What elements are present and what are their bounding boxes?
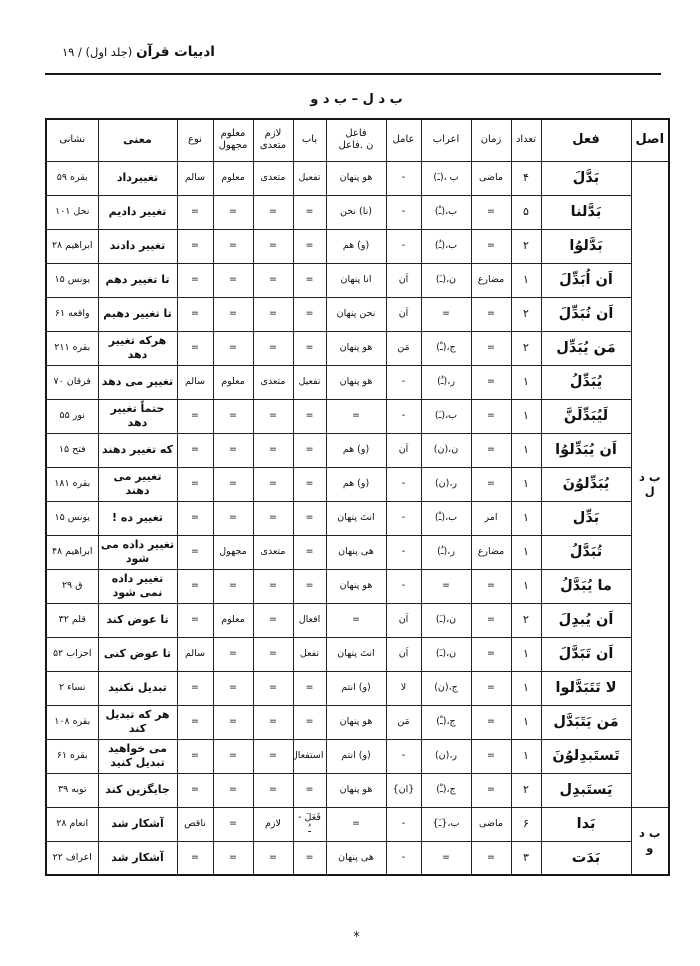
header-meaning: معنی <box>98 119 177 161</box>
meaning-cell: که تغییر دهند <box>98 433 177 467</box>
agent-cell: مَن <box>386 705 421 739</box>
voice-cell: = <box>213 297 253 331</box>
table-row: يَستَبدِل۲=ج،(ـْ){ان}هو پنهان====جایگزین… <box>46 773 669 807</box>
voice-cell: = <box>213 229 253 263</box>
voice-cell: = <box>213 195 253 229</box>
transitivity-cell: متعدی <box>253 365 293 399</box>
header-type: نوع <box>177 119 213 161</box>
table-row: لَيُبَدِّلَنَّ۱=ب،(ـَ)-=====حتماً تغییر … <box>46 399 669 433</box>
irab-cell: = <box>421 569 471 603</box>
reference-cell: ق ۲۹ <box>46 569 98 603</box>
meaning-cell: تغییر دادیم <box>98 195 177 229</box>
tense-cell: = <box>471 773 511 807</box>
verb-cell: اَن اُبَدِّلَ <box>541 263 631 297</box>
verb-cell: بَدَت <box>541 841 631 875</box>
subject-cell: = <box>326 807 386 841</box>
tense-cell: = <box>471 671 511 705</box>
bab-cell: = <box>293 501 326 535</box>
header-bab: باب <box>293 119 326 161</box>
tense-cell: = <box>471 739 511 773</box>
agent-cell: - <box>386 161 421 195</box>
irab-cell: ج،(ن) <box>421 671 471 705</box>
count-cell: ۲ <box>511 229 541 263</box>
subject-cell: هی پنهان <box>326 535 386 569</box>
type-cell: = <box>177 773 213 807</box>
bab-cell: = <box>293 671 326 705</box>
voice-cell: = <box>213 569 253 603</box>
bab-cell: تفعیل <box>293 365 326 399</box>
voice-cell: = <box>213 263 253 297</box>
tense-cell: = <box>471 841 511 875</box>
verb-cell: بَدَّلوُا <box>541 229 631 263</box>
verb-cell: اَن يُبَدِّلوُا <box>541 433 631 467</box>
reference-cell: فتح ۱۵ <box>46 433 98 467</box>
transitivity-cell: متعدی <box>253 535 293 569</box>
count-cell: ۲ <box>511 603 541 637</box>
bab-cell: = <box>293 841 326 875</box>
count-cell: ۱ <box>511 399 541 433</box>
table-row: اَن تَبَدَّلَ۱=ن،(ـَ)اَنانتَ پنهانتفعل==… <box>46 637 669 671</box>
voice-cell: مجهول <box>213 535 253 569</box>
meaning-cell: جایگزین کند <box>98 773 177 807</box>
tense-cell: = <box>471 569 511 603</box>
bab-cell: = <box>293 229 326 263</box>
count-cell: ۱ <box>511 671 541 705</box>
meaning-cell: می خواهید تبدیل کنید <box>98 739 177 773</box>
subject-cell: نحن پنهان <box>326 297 386 331</box>
type-cell: = <box>177 433 213 467</box>
tense-cell: ماضی <box>471 807 511 841</box>
voice-cell: = <box>213 671 253 705</box>
reference-cell: بقره ۶۱ <box>46 739 98 773</box>
voice-cell: معلوم <box>213 161 253 195</box>
meaning-cell: هرکه تغییر دهد <box>98 331 177 365</box>
tense-cell: = <box>471 637 511 671</box>
meaning-cell: تغییر می دهد <box>98 365 177 399</box>
table-row: تَستَبدِلوُنَ۱=ر،(ن)-(و) انتماستفعال===م… <box>46 739 669 773</box>
voice-cell: = <box>213 841 253 875</box>
table-row: لا تَتَبَدَّلوا۱=ج،(ن)لا(و) انتم====تبدی… <box>46 671 669 705</box>
volume-and-page-number: (جلد اول) / ۱۹ <box>62 45 132 59</box>
header-divider-rule <box>45 73 661 75</box>
table-row: اَن اُبَدِّلَ۱مضارعن،(ـَ)اَنانا پنهان===… <box>46 263 669 297</box>
count-cell: ۲ <box>511 773 541 807</box>
count-cell: ۶ <box>511 807 541 841</box>
header-subject: فاعل ن .فاعل <box>326 119 386 161</box>
count-cell: ۱ <box>511 365 541 399</box>
agent-cell: {ان} <box>386 773 421 807</box>
agent-cell: - <box>386 467 421 501</box>
tense-cell: = <box>471 365 511 399</box>
reference-cell: یونس ۱۵ <box>46 501 98 535</box>
type-cell: = <box>177 399 213 433</box>
transitivity-cell: متعدی <box>253 161 293 195</box>
table-row: بَدَت۳==-هی پنهان====آشکار شداعراف ۲۲ <box>46 841 669 875</box>
bab-cell: = <box>293 263 326 297</box>
transitivity-cell: = <box>253 705 293 739</box>
verb-cell: مَن يُبَدِّل <box>541 331 631 365</box>
table-row: بَدِّل۱امرب،(ـْ)-انتَ پنهان====تغییر ده … <box>46 501 669 535</box>
reference-cell: ابراهیم ۲۸ <box>46 229 98 263</box>
verb-cell: اَن يُبدِلَ <box>541 603 631 637</box>
subject-cell: (و) هم <box>326 229 386 263</box>
subject-cell: = <box>326 399 386 433</box>
irab-cell: ب،(ـْ) <box>421 501 471 535</box>
reference-cell: انعام ۲۸ <box>46 807 98 841</box>
bab-cell: = <box>293 535 326 569</box>
table-header-row: اصل فعل تعداد زمان اعراب عامل فاعل ن .فا… <box>46 119 669 161</box>
table-row: مَن يُبَدِّل۲=ج،(ـْ)مَنهو پنهان====هرکه … <box>46 331 669 365</box>
type-cell: = <box>177 467 213 501</box>
verb-cell: يُبَدِّلوُنَ <box>541 467 631 501</box>
reference-cell: توبه ۳۹ <box>46 773 98 807</box>
type-cell: سالم <box>177 365 213 399</box>
type-cell: ناقص <box>177 807 213 841</box>
agent-cell: - <box>386 195 421 229</box>
agent-cell: - <box>386 807 421 841</box>
meaning-cell: آشکار شد <box>98 841 177 875</box>
footer-asterisk: * <box>45 930 668 945</box>
agent-cell: - <box>386 399 421 433</box>
table-row: يُبَدِّلُ۱=ر،(ـُ)-هو پنهانتفعیلمتعدیمعلو… <box>46 365 669 399</box>
type-cell: = <box>177 331 213 365</box>
type-cell: = <box>177 671 213 705</box>
count-cell: ۱ <box>511 433 541 467</box>
subject-cell: (و) هم <box>326 433 386 467</box>
header-root: اصل <box>631 119 669 161</box>
count-cell: ۴ <box>511 161 541 195</box>
type-cell: = <box>177 739 213 773</box>
meaning-cell: تا تغییر دهیم <box>98 297 177 331</box>
subject-cell: انتَ پنهان <box>326 637 386 671</box>
verb-cell: ما يُبَدَّلُ <box>541 569 631 603</box>
root-cell: ب د و <box>631 807 669 875</box>
verb-cell: مَن يَتَبَدَّل <box>541 705 631 739</box>
table-row: اَن يُبَدِّلوُا۱=ن،(ن)اَن(و) هم====که تغ… <box>46 433 669 467</box>
subject-cell: هو پنهان <box>326 705 386 739</box>
verb-cell: بَدِّل <box>541 501 631 535</box>
subject-cell: انتَ پنهان <box>326 501 386 535</box>
count-cell: ۱ <box>511 263 541 297</box>
reference-cell: نحل ۱۰۱ <box>46 195 98 229</box>
type-cell: = <box>177 603 213 637</box>
header-voice: معلوم مجهول <box>213 119 253 161</box>
subject-cell: هو پنهان <box>326 773 386 807</box>
subject-cell: (و) انتم <box>326 671 386 705</box>
bab-cell: تفعیل <box>293 161 326 195</box>
type-cell: سالم <box>177 637 213 671</box>
subject-cell: هو پنهان <box>326 365 386 399</box>
voice-cell: = <box>213 637 253 671</box>
meaning-cell: تا عوض کند <box>98 603 177 637</box>
bab-cell: = <box>293 705 326 739</box>
voice-cell: = <box>213 433 253 467</box>
meaning-cell: تغییر دادند <box>98 229 177 263</box>
scanned-book-page: { "page": { "header": { "book_title": "ا… <box>0 0 700 966</box>
agent-cell: اَن <box>386 297 421 331</box>
type-cell: سالم <box>177 161 213 195</box>
header-reference: نشانی <box>46 119 98 161</box>
table-row: ب د لبَدَّلَ۴ماضیب ،(ـَ)-هو پنهانتفعیلمت… <box>46 161 669 195</box>
reference-cell: یونس ۱۵ <box>46 263 98 297</box>
subject-cell: هو پنهان <box>326 161 386 195</box>
transitivity-cell: = <box>253 331 293 365</box>
tense-cell: = <box>471 433 511 467</box>
table-row: بَدَّلوُا۲=ب،(ـُ)-(و) هم====تغییر دادندا… <box>46 229 669 263</box>
verb-cell: اَن تَبَدَّلَ <box>541 637 631 671</box>
reference-cell: واقعه ۶۱ <box>46 297 98 331</box>
reference-cell: احزاب ۵۲ <box>46 637 98 671</box>
meaning-cell: تا تغییر دهم <box>98 263 177 297</box>
agent-cell: مَن <box>386 331 421 365</box>
tense-cell: = <box>471 705 511 739</box>
type-cell: = <box>177 263 213 297</box>
transitivity-cell: = <box>253 773 293 807</box>
irab-cell: ج،(ـْ) <box>421 331 471 365</box>
subject-cell: هو پنهان <box>326 331 386 365</box>
count-cell: ۲ <box>511 297 541 331</box>
tense-cell: = <box>471 229 511 263</box>
bab-cell: = <box>293 467 326 501</box>
irab-cell: ب،(ـَ) <box>421 399 471 433</box>
count-cell: ۳ <box>511 841 541 875</box>
type-cell: = <box>177 535 213 569</box>
verb-cell: لا تَتَبَدَّلوا <box>541 671 631 705</box>
bab-cell: فَعَلَ - ـُ <box>293 807 326 841</box>
count-cell: ۱ <box>511 569 541 603</box>
bab-cell: = <box>293 773 326 807</box>
tense-cell: مضارع <box>471 535 511 569</box>
transitivity-cell: = <box>253 501 293 535</box>
agent-cell: - <box>386 569 421 603</box>
irab-cell: ب،{ـَ} <box>421 807 471 841</box>
transitivity-cell: = <box>253 569 293 603</box>
transitivity-cell: = <box>253 841 293 875</box>
type-cell: = <box>177 297 213 331</box>
reference-cell: بقره ۱۸۱ <box>46 467 98 501</box>
irab-cell: ج،(ـْ) <box>421 705 471 739</box>
subject-cell: = <box>326 603 386 637</box>
reference-cell: قلم ۳۲ <box>46 603 98 637</box>
irab-cell: ب،(ـْ) <box>421 195 471 229</box>
voice-cell: = <box>213 399 253 433</box>
header-count: تعداد <box>511 119 541 161</box>
irab-cell: ب ،(ـَ) <box>421 161 471 195</box>
transitivity-cell: = <box>253 671 293 705</box>
subject-cell: هو پنهان <box>326 569 386 603</box>
verb-cell: يَستَبدِل <box>541 773 631 807</box>
bab-cell: = <box>293 195 326 229</box>
bab-cell: = <box>293 297 326 331</box>
section-title-roots: ب د ل – ب د و <box>45 92 668 107</box>
count-cell: ۱ <box>511 535 541 569</box>
tense-cell: مضارع <box>471 263 511 297</box>
reference-cell: نساء ۲ <box>46 671 98 705</box>
count-cell: ۲ <box>511 331 541 365</box>
meaning-cell: آشکار شد <box>98 807 177 841</box>
irab-cell: ر،(ـُ) <box>421 365 471 399</box>
irab-cell: ر،(ـُ) <box>421 535 471 569</box>
reference-cell: بقره ۱۰۸ <box>46 705 98 739</box>
transitivity-cell: = <box>253 433 293 467</box>
header-agent: عامل <box>386 119 421 161</box>
meaning-cell: تا عوض کنی <box>98 637 177 671</box>
verb-cell: تُبَدَّلُ <box>541 535 631 569</box>
bab-cell: = <box>293 433 326 467</box>
agent-cell: اَن <box>386 637 421 671</box>
voice-cell: = <box>213 807 253 841</box>
transitivity-cell: = <box>253 637 293 671</box>
transitivity-cell: = <box>253 263 293 297</box>
transitivity-cell: = <box>253 399 293 433</box>
transitivity-cell: = <box>253 195 293 229</box>
irab-cell: ر،(ن) <box>421 467 471 501</box>
irab-cell: = <box>421 841 471 875</box>
tense-cell: = <box>471 297 511 331</box>
agent-cell: اَن <box>386 603 421 637</box>
header-verb: فعل <box>541 119 631 161</box>
verb-cell: لَيُبَدِّلَنَّ <box>541 399 631 433</box>
bab-cell: افعال <box>293 603 326 637</box>
count-cell: ۱ <box>511 637 541 671</box>
agent-cell: - <box>386 841 421 875</box>
agent-cell: - <box>386 365 421 399</box>
type-cell: = <box>177 705 213 739</box>
irab-cell: ن،(ـَ) <box>421 263 471 297</box>
table-row: بَدَّلنا۵=ب،(ـْ)-(نا) نحن====تغییر دادیم… <box>46 195 669 229</box>
verb-cell: اَن نُبَدِّلَ <box>541 297 631 331</box>
tense-cell: = <box>471 603 511 637</box>
transitivity-cell: لازم <box>253 807 293 841</box>
subject-cell: (نا) نحن <box>326 195 386 229</box>
irab-cell: ر،(ن) <box>421 739 471 773</box>
meaning-cell: تغییرداد <box>98 161 177 195</box>
type-cell: = <box>177 841 213 875</box>
bab-cell: = <box>293 331 326 365</box>
table-row: تُبَدَّلُ۱مضارعر،(ـُ)-هی پنهان=متعدیمجهو… <box>46 535 669 569</box>
reference-cell: بقره ۵۹ <box>46 161 98 195</box>
bab-cell: = <box>293 399 326 433</box>
verb-cell: تَستَبدِلوُنَ <box>541 739 631 773</box>
voice-cell: = <box>213 705 253 739</box>
count-cell: ۱ <box>511 467 541 501</box>
subject-cell: (و) انتم <box>326 739 386 773</box>
tense-cell: = <box>471 467 511 501</box>
agent-cell: اَن <box>386 433 421 467</box>
agent-cell: - <box>386 229 421 263</box>
voice-cell: = <box>213 501 253 535</box>
agent-cell: لا <box>386 671 421 705</box>
tense-cell: امر <box>471 501 511 535</box>
verb-cell: يُبَدِّلُ <box>541 365 631 399</box>
meaning-cell: تبدیل نکنید <box>98 671 177 705</box>
verb-cell: بَدا <box>541 807 631 841</box>
table-row: ب د وبَدا۶ماضیب،{ـَ}-=فَعَلَ - ـُلازم=نا… <box>46 807 669 841</box>
book-title: ادبیات قرآن <box>136 44 215 60</box>
table-row: مَن يَتَبَدَّل۱=ج،(ـْ)مَنهو پنهان====هر … <box>46 705 669 739</box>
voice-cell: = <box>213 467 253 501</box>
agent-cell: - <box>386 535 421 569</box>
meaning-cell: تغییر داده نمی شود <box>98 569 177 603</box>
subject-cell: (و) هم <box>326 467 386 501</box>
root-cell: ب د ل <box>631 161 669 807</box>
agent-cell: اَن <box>386 263 421 297</box>
reference-cell: فرقان ۷۰ <box>46 365 98 399</box>
voice-cell: معلوم <box>213 365 253 399</box>
transitivity-cell: = <box>253 603 293 637</box>
count-cell: ۱ <box>511 739 541 773</box>
count-cell: ۱ <box>511 501 541 535</box>
transitivity-cell: = <box>253 297 293 331</box>
table-body: ب د لبَدَّلَ۴ماضیب ،(ـَ)-هو پنهانتفعیلمت… <box>46 161 669 875</box>
voice-cell: = <box>213 739 253 773</box>
tense-cell: ماضی <box>471 161 511 195</box>
table-row: يُبَدِّلوُنَ۱=ر،(ن)-(و) هم====تغییر می د… <box>46 467 669 501</box>
reference-cell: ابراهیم ۴۸ <box>46 535 98 569</box>
transitivity-cell: = <box>253 467 293 501</box>
transitivity-cell: = <box>253 739 293 773</box>
reference-cell: نور ۵۵ <box>46 399 98 433</box>
tense-cell: = <box>471 331 511 365</box>
irab-cell: ن،(ـَ) <box>421 637 471 671</box>
table-row: اَن يُبدِلَ۲=ن،(ـَ)اَن=افعال=معلوم=تا عو… <box>46 603 669 637</box>
voice-cell: معلوم <box>213 603 253 637</box>
voice-cell: = <box>213 331 253 365</box>
header-irab: اعراب <box>421 119 471 161</box>
reference-cell: اعراف ۲۲ <box>46 841 98 875</box>
verb-cell: بَدَّلَ <box>541 161 631 195</box>
tense-cell: = <box>471 195 511 229</box>
table-row: ما يُبَدَّلُ۱==-هو پنهان====تغییر داده ن… <box>46 569 669 603</box>
verb-cell: بَدَّلنا <box>541 195 631 229</box>
irab-cell: ن،(ـَ) <box>421 603 471 637</box>
transitivity-cell: = <box>253 229 293 263</box>
header-transitivity: لازم متعدی <box>253 119 293 161</box>
type-cell: = <box>177 569 213 603</box>
meaning-cell: حتماً تغییر دهد <box>98 399 177 433</box>
irab-cell: ب،(ـُ) <box>421 229 471 263</box>
bab-cell: استفعال <box>293 739 326 773</box>
type-cell: = <box>177 195 213 229</box>
tense-cell: = <box>471 399 511 433</box>
irab-cell: = <box>421 297 471 331</box>
type-cell: = <box>177 229 213 263</box>
type-cell: = <box>177 501 213 535</box>
subject-cell: انا پنهان <box>326 263 386 297</box>
header-tense: زمان <box>471 119 511 161</box>
agent-cell: - <box>386 501 421 535</box>
count-cell: ۵ <box>511 195 541 229</box>
voice-cell: = <box>213 773 253 807</box>
irab-cell: ج،(ـْ) <box>421 773 471 807</box>
bab-cell: تفعل <box>293 637 326 671</box>
meaning-cell: هر که تبدیل کند <box>98 705 177 739</box>
bab-cell: = <box>293 569 326 603</box>
meaning-cell: تغییر ده ! <box>98 501 177 535</box>
subject-cell: هی پنهان <box>326 841 386 875</box>
page-header: ادبیات قرآن (جلد اول) / ۱۹ <box>62 44 215 60</box>
table-row: اَن نُبَدِّلَ۲==اَننحن پنهان====تا تغییر… <box>46 297 669 331</box>
agent-cell: - <box>386 739 421 773</box>
verb-table: اصل فعل تعداد زمان اعراب عامل فاعل ن .فا… <box>45 118 670 876</box>
reference-cell: بقره ۲۱۱ <box>46 331 98 365</box>
meaning-cell: تغییر داده می شود <box>98 535 177 569</box>
irab-cell: ن،(ن) <box>421 433 471 467</box>
meaning-cell: تغییر می دهند <box>98 467 177 501</box>
count-cell: ۱ <box>511 705 541 739</box>
